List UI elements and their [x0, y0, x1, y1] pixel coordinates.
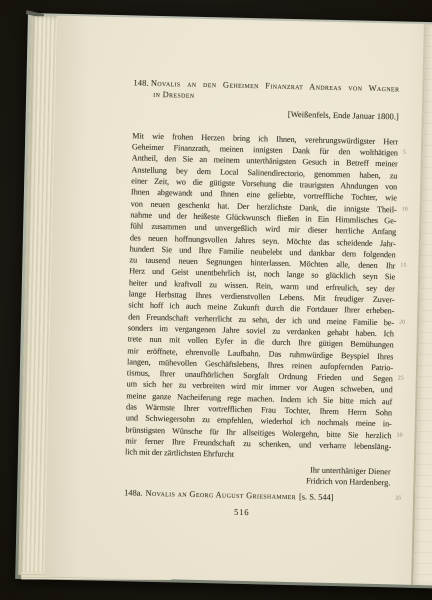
margin-line-number: 30 — [396, 430, 422, 442]
dateline: [Weißenfels, Ende Januar 1800.] — [133, 105, 399, 122]
letter-body: Mit wie frohen Herzen bring ich Ihnen, v… — [125, 130, 398, 464]
margin-line-number: 20 — [399, 317, 425, 329]
margin-line-number: 10 — [401, 205, 427, 217]
margin-line-number: 15 — [400, 261, 426, 273]
book: 148.Novalis an den Geheimen Finanzrat An… — [15, 13, 432, 588]
margin-line-number: 35 — [395, 493, 421, 505]
next-letter-reference: [s. S. 544] — [299, 492, 334, 502]
book-photo-background: 148.Novalis an den Geheimen Finanzrat An… — [0, 0, 432, 600]
margin-line-number: 5 — [403, 148, 429, 160]
next-letter-entry: 148a.Novalis an Georg August Grieshammer… — [124, 487, 390, 504]
next-letter-title: Novalis an Georg August Grieshammer — [145, 489, 296, 501]
margin-line-number: 25 — [398, 373, 424, 385]
book-page: 148.Novalis an den Geheimen Finanzrat An… — [44, 16, 432, 586]
letter-number: 148. — [133, 78, 149, 87]
page-content: 148.Novalis an den Geheimen Finanzrat An… — [124, 77, 400, 520]
next-letter-number: 148a. — [124, 488, 143, 497]
page-number: 516 — [124, 505, 360, 520]
